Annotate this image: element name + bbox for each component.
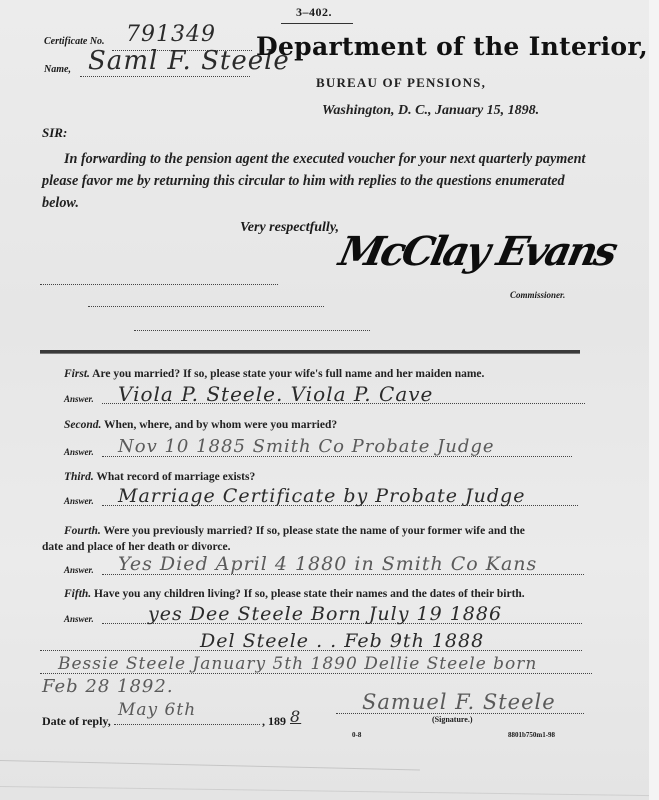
paper-fold-line — [0, 786, 659, 796]
question-ordinal: Fifth. — [64, 588, 91, 600]
address-line-2 — [88, 306, 324, 307]
answer-fifth-line-3: Bessie Steele January 5th 1890 Dellie St… — [58, 654, 537, 674]
answer-label: Answer. — [64, 614, 94, 624]
signature-label: (Signature.) — [432, 715, 473, 724]
date-of-reply-line — [114, 724, 260, 725]
date-of-reply-label: Date of reply, — [42, 714, 111, 729]
department-title: Department of the Interior, — [256, 32, 648, 61]
answer-label: Answer. — [64, 565, 94, 575]
question-third: Third. What record of marriage exists? — [64, 471, 255, 483]
question-second: Second. When, where, and by whom were yo… — [64, 419, 337, 431]
answer-label: Answer. — [64, 496, 94, 506]
pensioner-signature: Samuel F. Steele — [362, 690, 556, 714]
answer-first: Viola P. Steele. Viola P. Cave — [118, 382, 433, 406]
year-prefix: , 189 — [262, 714, 286, 729]
answer-label: Answer. — [64, 447, 94, 457]
date-of-reply-value: May 6th — [118, 700, 196, 720]
bureau-name: BUREAU OF PENSIONS, — [316, 75, 486, 91]
question-fourth: Fourth. Were you previously married? If … — [64, 523, 584, 555]
answer-fourth: Yes Died April 4 1880 in Smith Co Kans — [118, 553, 537, 575]
pension-circular-document: 3–402. Certificate No. 791349 Name, Saml… — [0, 0, 659, 800]
answer-fifth-line-1: yes Dee Steele Born July 19 1886 — [148, 603, 502, 625]
commissioner-title: Commissioner. — [510, 290, 565, 300]
answer-fifth-line-4: Feb 28 1892. — [42, 676, 174, 697]
year-suffix: 8 — [290, 707, 301, 726]
form-number: 3–402. — [296, 5, 332, 20]
question-ordinal: Second. — [64, 419, 101, 431]
certificate-number: 791349 — [126, 22, 216, 47]
section-divider — [40, 350, 580, 354]
answer-third: Marriage Certificate by Probate Judge — [118, 485, 525, 507]
paper-fold-line — [0, 760, 420, 771]
question-ordinal: Fourth. — [64, 525, 101, 537]
question-fifth: Fifth. Have you any children living? If … — [64, 588, 525, 600]
salutation: SIR: — [42, 125, 67, 141]
question-text: When, where, and by whom were you marrie… — [104, 419, 337, 431]
answer-second: Nov 10 1885 Smith Co Probate Judge — [118, 436, 495, 457]
answer-label: Answer. — [64, 394, 94, 404]
address-line-1 — [40, 284, 278, 285]
commissioner-signature: McClay Evans — [335, 228, 619, 275]
question-text: Have you any children living? If so, ple… — [94, 588, 525, 600]
letter-body: In forwarding to the pension agent the e… — [42, 148, 590, 214]
form-number-rule — [281, 23, 353, 24]
dateline: Washington, D. C., January 15, 1898. — [322, 103, 539, 119]
print-code-left: 0-8 — [352, 731, 361, 739]
name-label: Name, — [44, 64, 71, 75]
answer-fifth-line-2: Del Steele . . Feb 9th 1888 — [200, 630, 484, 652]
question-ordinal: First. — [64, 368, 90, 380]
print-code-right: 8801b750m1-98 — [508, 731, 555, 739]
letter-closing: Very respectfully, — [240, 220, 339, 236]
question-text: Are you married? If so, please state you… — [92, 368, 484, 380]
address-line-3 — [134, 330, 370, 331]
question-text: What record of marriage exists? — [96, 471, 255, 483]
name-line — [80, 76, 250, 77]
question-first: First. Are you married? If so, please st… — [64, 368, 484, 380]
question-text: Were you previously married? If so, plea… — [103, 525, 524, 537]
question-ordinal: Third. — [64, 471, 94, 483]
